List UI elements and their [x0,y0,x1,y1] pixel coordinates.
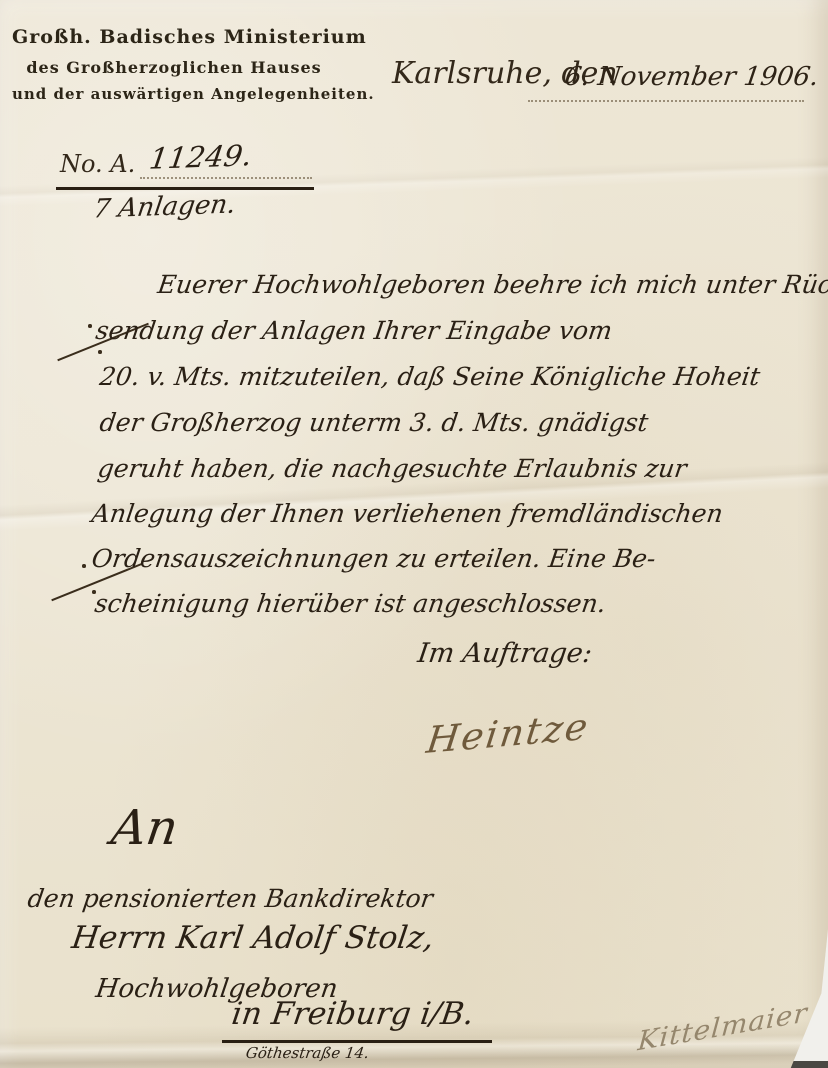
body-line: sendung der Anlagen Ihrer Eingabe vom [94,316,614,345]
body-line: Euerer Hochwohlgeboren beehre ich mich u… [156,270,828,299]
body-line: Anlegung der Ihnen verliehenen fremdländ… [90,499,725,528]
body-line: der Großherzog unterm 3. d. Mts. gnädigs… [98,408,650,437]
address-line-recipient-title: den pensionierten Bankdirektor [26,884,435,913]
enclosures-note: 7 Anlagen. [91,190,237,225]
address-line-city: in Freiburg i/B. [229,996,476,1032]
dateline-dotted-rule [528,100,804,102]
body-line: 20. v. Mts. mitzuteilen, daß Seine König… [98,362,762,391]
reference-underline [56,187,314,190]
body-line: Ordensauszeichnungen zu erteilen. Eine B… [90,544,658,573]
letterhead: Großh. Badisches Ministerium des Großher… [12,26,336,103]
address-line-recipient-name: Herrn Karl Adolf Stolz, [69,920,436,956]
scanned-letter: { "page": { "background_color": "#f1f0ec… [0,0,828,1068]
reference-number: 11249. [147,138,254,176]
ink-signature: Heintze [424,705,592,762]
pencil-signature: Kittelmaier [637,998,809,1057]
letterhead-line1: Großh. Badisches Ministerium [12,26,336,48]
dateline-handwritten-date: 6. November 1906. [563,62,821,92]
reference-dotted-rule [140,177,312,179]
body-line: geruht haben, die nachgesuchte Erlaubnis… [96,454,689,483]
closing-im-auftrage: Im Auftrage: [416,638,594,669]
letterhead-line3: und der auswärtigen Angelegenheiten. [12,85,336,103]
letterhead-line2: des Großherzoglichen Hauses [12,58,336,77]
address-street: Göthestraße 14. [245,1044,370,1062]
address-salutation: An [108,800,181,856]
paper-crease-middle [0,432,828,558]
letter-paper: Großh. Badisches Ministerium des Großher… [0,0,828,1068]
reference-label: No. A. [60,150,135,178]
body-line: scheinigung hierüber ist angeschlossen. [93,589,608,618]
address-city-underline [222,1040,492,1043]
